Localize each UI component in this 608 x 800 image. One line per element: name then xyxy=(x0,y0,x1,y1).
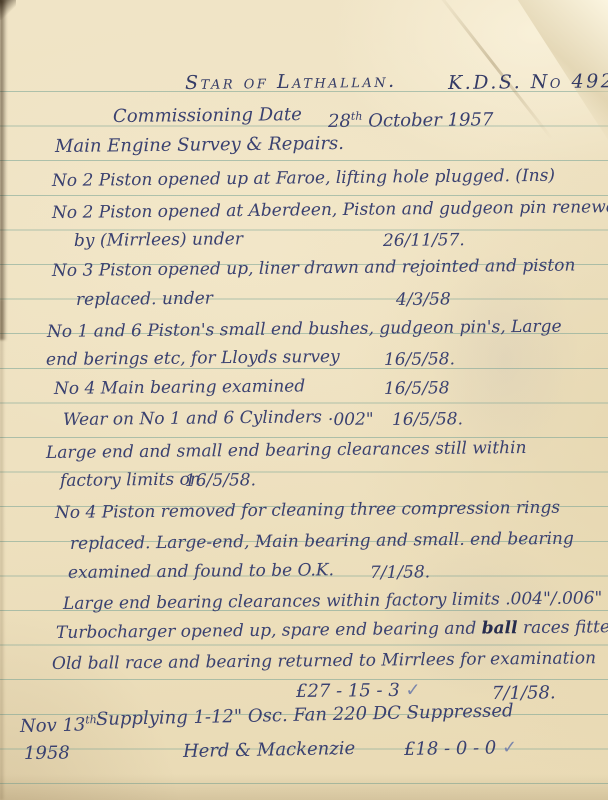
entry-date: 26/11/57. xyxy=(383,227,465,254)
commissioning-day: 28 xyxy=(328,111,351,132)
notebook-page: Star of Lathallan. K.D.S. No 49231. Comm… xyxy=(0,0,608,800)
log-entry-line: No 4 Main bearing examined xyxy=(54,373,305,402)
footer-amount-value: £18 - 0 - 0 xyxy=(404,737,497,760)
log-entry-line: replaced. under xyxy=(76,286,213,313)
footer-amount: £18 - 0 - 0 ✓ xyxy=(404,735,518,763)
entry-date: 16/5/58. xyxy=(185,467,256,494)
log-entry-line: No 4 Piston removed for cleaning three c… xyxy=(55,495,560,526)
log-entry-line: No 2 Piston opened up at Faroe, lifting … xyxy=(52,163,555,194)
section-title: Main Engine Survey & Repairs. xyxy=(55,131,344,160)
commissioning-ordinal: th xyxy=(351,110,363,123)
entry-date: 4/3/58 xyxy=(396,286,451,313)
entry-date: 7/1/58. xyxy=(370,559,430,586)
log-entry-line: Wear on No 1 and 6 Cylinders xyxy=(63,404,322,433)
amount-value: £27 - 15 - 3 xyxy=(296,680,400,702)
log-entry-line: Large end and small end bearing clearanc… xyxy=(46,435,527,466)
entry-date: 16/5/58. xyxy=(384,346,455,373)
entry-date: 16/5/58 xyxy=(384,375,450,402)
entry-value: ·002" xyxy=(328,407,374,433)
log-entry-line: No 3 Piston opened up, liner drawn and r… xyxy=(52,253,576,284)
top-left-corner-mark xyxy=(0,0,16,20)
footer-amount-tick: ✓ xyxy=(502,737,517,758)
log-entry-line: examined and found to be O.K. xyxy=(68,557,334,586)
amount-tick: ✓ xyxy=(405,680,420,701)
margin-date: Nov 13th xyxy=(20,707,98,740)
log-entry-line: end berings etc, for Lloyds survey xyxy=(46,344,340,373)
log-entry-line: No 1 and 6 Piston's small end bushes, gu… xyxy=(47,314,562,345)
registry-number: K.D.S. No 49231. xyxy=(448,68,608,96)
commissioning-month-year: October 1957 xyxy=(368,109,493,131)
commissioning-label: Commissioning Date xyxy=(113,102,302,130)
left-edge-shadow-lower xyxy=(0,300,5,800)
margin-day: Nov 13 xyxy=(20,714,86,737)
firm-name: Herd & Mackenzie xyxy=(183,736,356,765)
entry-date: 16/5/58. xyxy=(392,406,463,433)
entry-text: Turbocharger opened up, spare end bearin… xyxy=(56,619,482,643)
left-edge-shadow xyxy=(0,0,7,340)
entry-text-emphasis: ball xyxy=(482,618,518,638)
entry-text: races fitted xyxy=(517,617,608,638)
log-entry-line: by (Mirrlees) under xyxy=(74,226,243,254)
bottom-edge-shadow xyxy=(0,774,608,800)
commissioning-date: 28th October 1957 xyxy=(328,102,494,135)
ship-name: Star of Lathallan. xyxy=(185,68,397,96)
margin-year: 1958 xyxy=(24,741,70,767)
log-entry-line: replaced. Large-end, Main bearing and sm… xyxy=(70,526,574,557)
